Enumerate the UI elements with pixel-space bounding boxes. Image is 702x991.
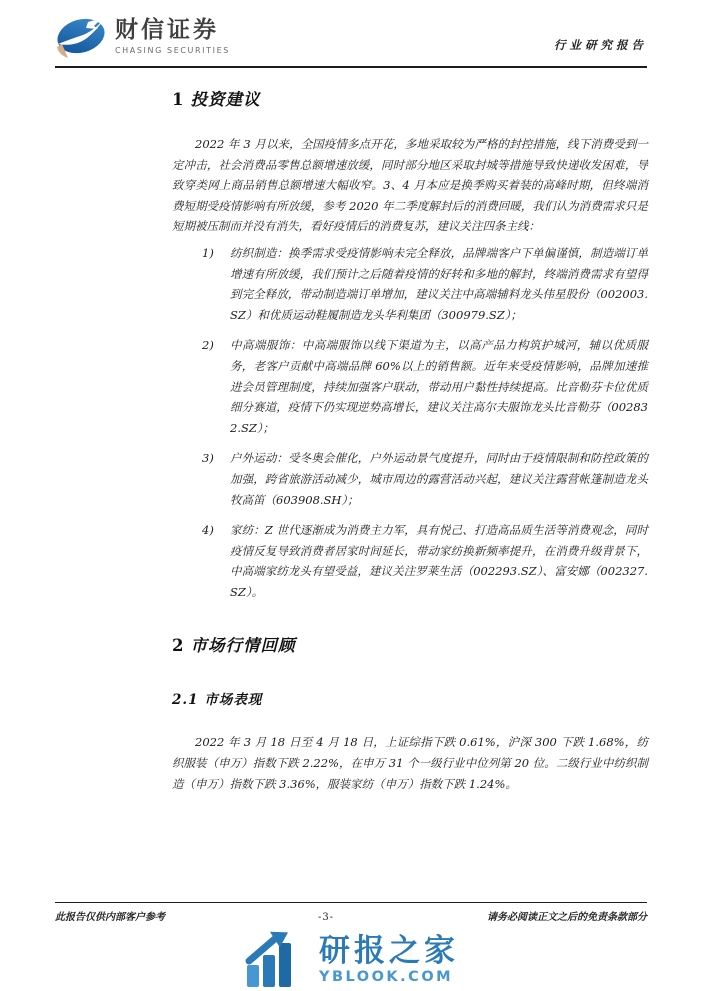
list-item: 3) 户外运动：受冬奥会催化，户外运动景气度提升，同时由于疫情限制和防控政策的加… bbox=[202, 448, 648, 510]
list-item-text: 户外运动：受冬奥会催化，户外运动景气度提升，同时由于疫情限制和防控政策的加强，跨… bbox=[230, 448, 648, 510]
section-2-title: 市场行情回顾 bbox=[190, 636, 295, 655]
section-1-heading: 1投资建议 bbox=[172, 86, 648, 110]
section-1-number: 1 bbox=[172, 90, 184, 109]
section-2-1-title: 市场表现 bbox=[204, 692, 262, 708]
footer-disclaimer-left: 此报告仅供内部客户参考 bbox=[55, 908, 165, 923]
list-item-number: 1) bbox=[202, 243, 230, 325]
report-page: 财信证券 CHASING SECURITIES 行业研究报告 1投资建议 202… bbox=[0, 0, 702, 991]
chasing-securities-logo-icon bbox=[55, 13, 107, 59]
watermark-text: 研报之家 YBLOOK.COM bbox=[319, 934, 459, 985]
recommendation-list: 1) 纺织制造：换季需求受疫情影响未完全释放，品牌端客户下单偏谨慎，制造端订单增… bbox=[202, 243, 648, 603]
watermark-site: YBLOOK.COM bbox=[319, 969, 453, 985]
section-2-paragraph: 2022 年 3 月 18 日至 4 月 18 日，上证综指下跌 0.61%，沪… bbox=[172, 732, 648, 794]
yblook-watermark: 研报之家 YBLOOK.COM bbox=[243, 931, 459, 987]
footer-divider bbox=[55, 902, 647, 903]
section-1-paragraph: 2022 年 3 月以来，全国疫情多点开花，多地采取较为严格的封控措施，线下消费… bbox=[172, 134, 648, 237]
brand-name-en: CHASING SECURITIES bbox=[115, 46, 230, 55]
brand-text: 财信证券 CHASING SECURITIES bbox=[115, 17, 230, 55]
list-item: 2) 中高端服饰：中高端服饰以线下渠道为主，以高产品力构筑护城河，辅以优质服务，… bbox=[202, 335, 648, 438]
header-divider bbox=[55, 66, 647, 68]
list-item-number: 2) bbox=[202, 335, 230, 438]
page-number: -3- bbox=[318, 912, 334, 923]
section-2-1-heading: 2.1 市场表现 bbox=[172, 688, 648, 708]
report-body: 1投资建议 2022 年 3 月以来，全国疫情多点开花，多地采取较为严格的封控措… bbox=[172, 86, 648, 800]
report-footer: 此报告仅供内部客户参考 -3- 请务必阅读正文之后的免责条款部分 bbox=[55, 908, 647, 923]
footer-disclaimer-right: 请务必阅读正文之后的免责条款部分 bbox=[487, 908, 647, 923]
report-type-label: 行业研究报告 bbox=[554, 37, 647, 53]
list-item-text: 纺织制造：换季需求受疫情影响未完全释放，品牌端客户下单偏谨慎，制造端订单增速有所… bbox=[230, 243, 648, 325]
list-item-text: 家纺：Z 世代逐渐成为消费主力军，具有悦己、打造高品质生活等消费观念，同时疫情反… bbox=[230, 520, 648, 602]
list-item-number: 3) bbox=[202, 448, 230, 510]
watermark-name: 研报之家 bbox=[319, 934, 459, 968]
section-1-title: 投资建议 bbox=[190, 90, 260, 109]
list-item: 1) 纺织制造：换季需求受疫情影响未完全释放，品牌端客户下单偏谨慎，制造端订单增… bbox=[202, 243, 648, 325]
bar-chart-arrow-icon bbox=[243, 931, 309, 987]
section-2-number: 2 bbox=[172, 636, 184, 655]
list-item-text: 中高端服饰：中高端服饰以线下渠道为主，以高产品力构筑护城河，辅以优质服务，老客户… bbox=[230, 335, 648, 438]
section-2-1-number: 2.1 bbox=[172, 692, 199, 708]
list-item-number: 4) bbox=[202, 520, 230, 602]
list-item: 4) 家纺：Z 世代逐渐成为消费主力军，具有悦己、打造高品质生活等消费观念，同时… bbox=[202, 520, 648, 602]
brand-name-cn: 财信证券 bbox=[115, 17, 230, 43]
report-header: 财信证券 CHASING SECURITIES 行业研究报告 bbox=[55, 13, 647, 63]
section-2-heading: 2市场行情回顾 bbox=[172, 632, 648, 656]
